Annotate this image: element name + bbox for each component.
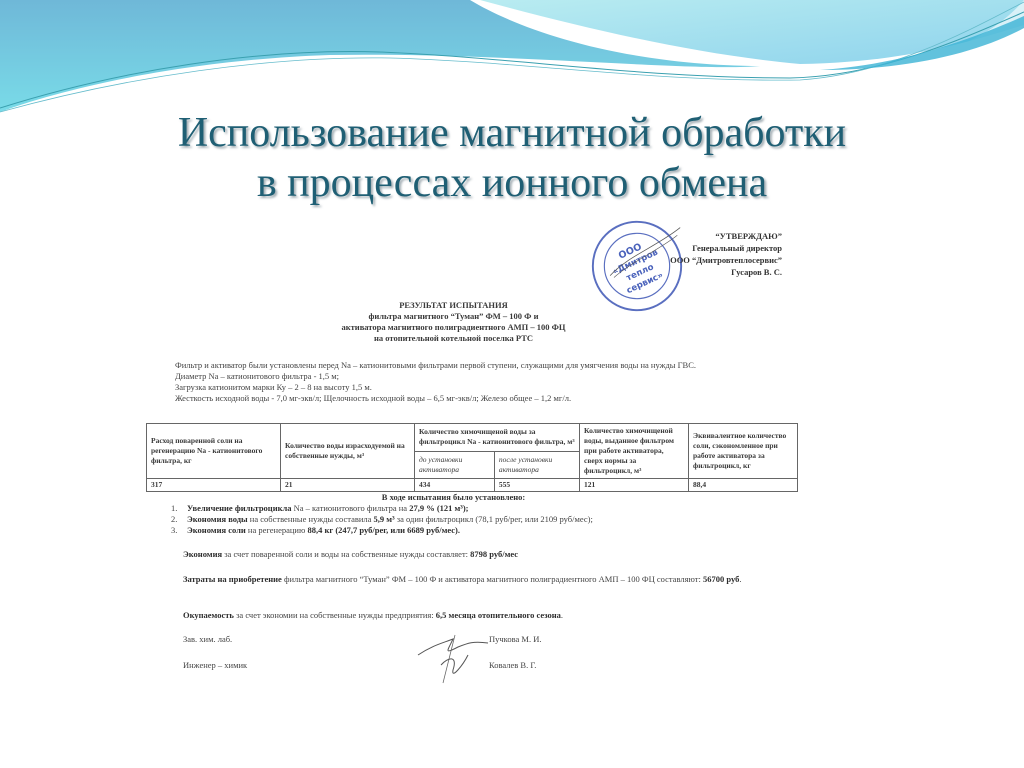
economy-text: за счет поваренной соли и воды на собств… [222, 549, 470, 559]
table-row: 317 21 434 555 121 88,4 [147, 479, 798, 492]
costs-text: фильтра магнитного “Туман” ФМ – 100 Ф и … [282, 574, 703, 584]
result-heading-line3: активатора магнитного полиградиентного А… [93, 322, 814, 333]
intro-p3: Загрузка катионитом марки Ку – 2 – 8 на … [145, 382, 785, 393]
result-heading: РЕЗУЛЬТАТ ИСПЫТАНИЯ фильтра магнитного “… [93, 300, 814, 344]
finding-text: на регенерацию [246, 525, 308, 535]
approval-name: Гусаров В. С. [670, 266, 782, 278]
payback-paragraph: Окупаемость за счет экономии на собствен… [183, 610, 783, 621]
value-salt: 317 [147, 479, 281, 492]
signature-name-1: Пучкова М. И. [489, 634, 541, 644]
finding-value: 88,4 кг (247,7 руб/рег, или 6689 руб/мес… [307, 525, 460, 535]
header-chem-water: Количество химочищеной воды за фильтроци… [415, 424, 580, 452]
slide-title-line1: Использование магнитной обработки [178, 110, 846, 156]
findings-list: 1.Увеличение фильтроцикла Na – катионито… [171, 503, 593, 536]
result-heading-line2: фильтра магнитного “Туман” ФМ – 100 Ф и [93, 311, 814, 322]
economy-paragraph: Экономия за счет поваренной соли и воды … [183, 549, 783, 560]
intro-p2: Диаметр Na – катионитового фильтра - 1,5… [145, 371, 785, 382]
approval-company: ООО “Дмитровтеплосервис” [670, 254, 782, 266]
handwritten-signature-icon [413, 625, 493, 685]
payback-text: за счет экономии на собственные нужды пр… [234, 610, 436, 620]
signature-role-2: Инженер – химик [183, 660, 247, 670]
economy-bold: Экономия [183, 549, 222, 559]
approval-position: Генеральный директор [670, 242, 782, 254]
value-water: 21 [281, 479, 415, 492]
payback-bold: Окупаемость [183, 610, 234, 620]
approval-block: “УТВЕРЖДАЮ” Генеральный директор ООО “Дм… [670, 230, 782, 278]
intro-p4: Жесткость исходной воды - 7,0 мг-экв/л; … [145, 393, 785, 404]
header-water: Количество воды израсходуемой на собстве… [281, 424, 415, 479]
value-extra: 121 [580, 479, 689, 492]
finding-item: 3.Экономия соли на регенерацию 88,4 кг (… [171, 525, 593, 536]
finding-value: 27,9 % (121 м³); [409, 503, 468, 513]
header-salt: Расход поваренной соли на регенерацию Na… [147, 424, 281, 479]
finding-bold: Экономия соли [187, 525, 246, 535]
value-before: 434 [415, 479, 495, 492]
result-heading-line1: РЕЗУЛЬТАТ ИСПЫТАНИЯ [93, 300, 814, 311]
economy-value: 8798 руб/мес [470, 549, 518, 559]
payback-value: 6,5 месяца отопительного сезона [436, 610, 561, 620]
approval-label: “УТВЕРЖДАЮ” [670, 230, 782, 242]
slide-title-line2: в процессах ионного обмена [257, 160, 767, 206]
signature-role-1: Зав. хим. лаб. [183, 634, 232, 644]
finding-number: 1. [171, 503, 187, 514]
finding-value: 5,9 м³ [374, 514, 395, 524]
value-after: 555 [494, 479, 579, 492]
payback-tail: . [561, 610, 563, 620]
costs-paragraph: Затраты на приобретение фильтра магнитно… [183, 574, 783, 585]
finding-text: на собственные нужды составила [248, 514, 374, 524]
finding-tail: за один фильтроцикл (78,1 руб/рег, или 2… [395, 514, 593, 524]
findings-heading: В ходе испытания было установлено: [93, 492, 814, 502]
value-equiv: 88,4 [689, 479, 798, 492]
header-extra: Количество химочищеной воды, выданное фи… [580, 424, 689, 479]
finding-bold: Увеличение фильтроцикла [187, 503, 292, 513]
scanned-document: ООО «Дмитров тепло сервис» “УТВЕРЖДАЮ” Г… [93, 210, 814, 730]
costs-tail: . [739, 574, 741, 584]
result-heading-line4: на отопительной котельной поселка РТС [93, 333, 814, 344]
costs-value: 56700 руб [703, 574, 739, 584]
signature-name-2: Ковалев В. Г. [489, 660, 536, 670]
intro-p1: Фильтр и активатор были установлены пере… [145, 360, 785, 371]
header-equiv: Эквивалентное количество соли, сэкономле… [689, 424, 798, 479]
slide-title: Использование магнитной обработки в проц… [0, 108, 1024, 208]
finding-number: 2. [171, 514, 187, 525]
header-before: до установки активатора [415, 451, 495, 479]
finding-text: Na – катионитового фильтра на [292, 503, 410, 513]
finding-number: 3. [171, 525, 187, 536]
costs-bold: Затраты на приобретение [183, 574, 282, 584]
header-after: после установки активатора [494, 451, 579, 479]
intro-paragraphs: Фильтр и активатор были установлены пере… [145, 360, 785, 404]
finding-item: 1.Увеличение фильтроцикла Na – катионито… [171, 503, 593, 514]
finding-bold: Экономия воды [187, 514, 248, 524]
finding-item: 2.Экономия воды на собственные нужды сос… [171, 514, 593, 525]
results-table: Расход поваренной соли на регенерацию Na… [146, 423, 798, 492]
